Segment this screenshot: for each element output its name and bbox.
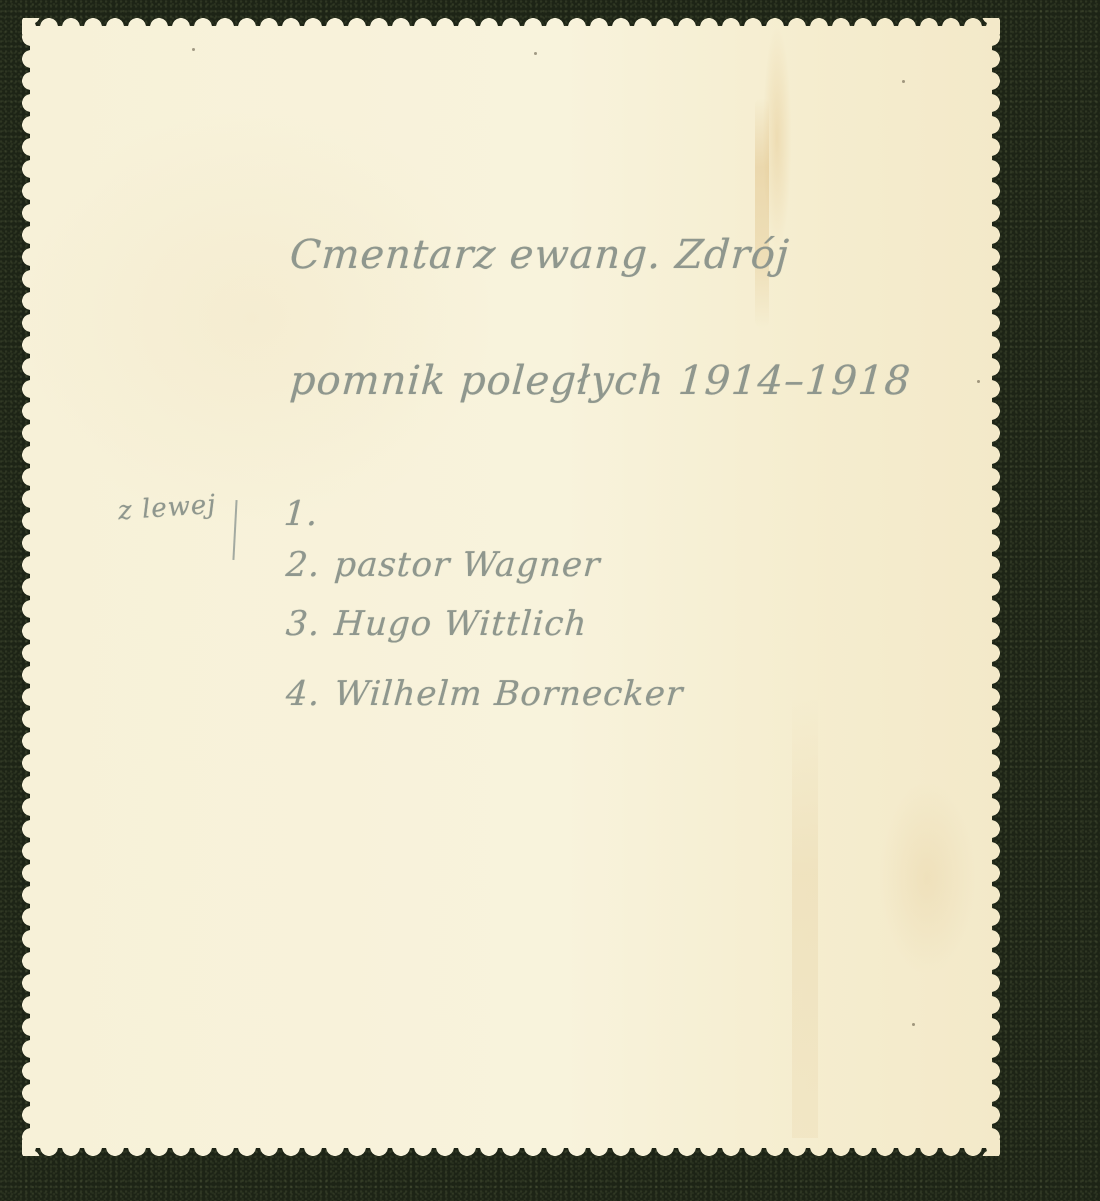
inscription-title: Cmentarz ewang. Zdrój (288, 232, 791, 278)
paper-speck (902, 80, 905, 83)
list-item-name: Wilhelm Bornecker (333, 674, 685, 714)
discoloration-stain (792, 698, 818, 1138)
list-item-number: 1. (283, 494, 320, 534)
paper-speck (534, 52, 537, 55)
water-stain (755, 98, 769, 328)
list-item-number: 3. (285, 604, 322, 644)
paper-speck (192, 48, 195, 51)
list-item: 4.Wilhelm Bornecker (285, 674, 685, 714)
list-item-number: 2. (285, 545, 322, 585)
list-item-number: 4. (285, 674, 322, 714)
list-item: 1. (283, 494, 334, 534)
list-item-name: Hugo Wittlich (333, 604, 589, 644)
paper-speck (977, 380, 980, 383)
list-item: 2.pastor Wagner (285, 545, 602, 585)
list-item-name: pastor Wagner (333, 545, 602, 585)
paper-speck (912, 1023, 915, 1026)
photo-back (22, 18, 1000, 1156)
inscription-subtitle: pomnik poległych 1914–1918 (288, 358, 912, 404)
list-item: 3.Hugo Wittlich (285, 604, 589, 644)
